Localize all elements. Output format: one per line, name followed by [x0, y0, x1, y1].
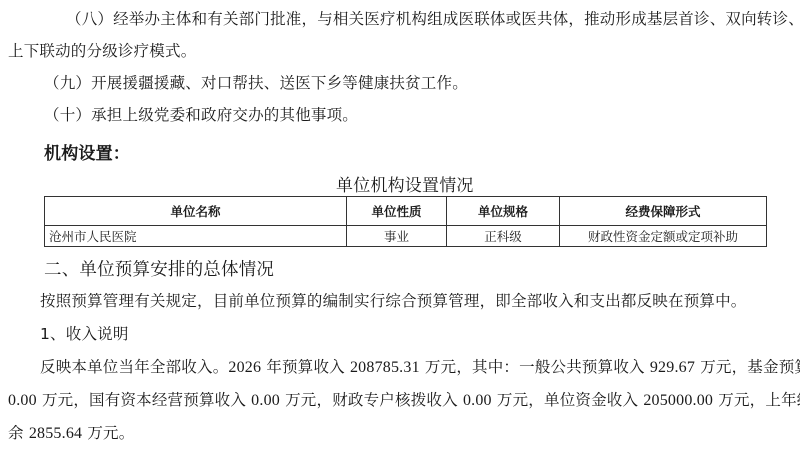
income-text: 万元，其中：一般公共预算收入: [420, 358, 650, 376]
table-row: 沧州市人民医院 事业 正科级 财政性资金定额或定项补助: [45, 226, 767, 247]
paragraph-item-8-line-1: （八）经举办主体和有关部门批准，与相关医疗机构组成医联体或医共体，推动形成基层首…: [66, 7, 800, 29]
income-text: 年预算收入: [261, 358, 350, 376]
budget-section-heading: 二、单位预算安排的总体情况: [44, 256, 274, 281]
org-section-heading: 机构设置：: [44, 139, 130, 164]
income-text: 万元。: [82, 424, 134, 442]
carryover-value: 2855.64: [29, 425, 82, 442]
org-table-header-row: 单位名称 单位性质 单位规格 经费保障形式: [45, 197, 767, 226]
general-public-income-value: 929.67: [650, 359, 695, 376]
cell-unit-name: 沧州市人民医院: [45, 226, 347, 247]
fund-income-value: 0.00: [8, 392, 37, 409]
column-header-unit-name: 单位名称: [45, 197, 347, 226]
cell-funding-form: 财政性资金定额或定项补助: [560, 226, 767, 247]
income-text: 万元，国有资本经营预算收入: [37, 391, 251, 409]
income-text: 万元，财政专户核拨收入: [280, 391, 463, 409]
income-text: 反映本单位当年全部收入。: [40, 358, 228, 376]
income-text: 余: [8, 424, 29, 442]
income-subheading: 1、收入说明: [40, 322, 129, 344]
column-header-unit-nature: 单位性质: [347, 197, 447, 226]
cell-unit-level: 正科级: [447, 226, 560, 247]
state-capital-income-value: 0.00: [251, 392, 280, 409]
income-text: 万元，基金预算收入: [695, 358, 800, 376]
column-header-funding-form: 经费保障形式: [560, 197, 767, 226]
income-paragraph-line-2: 0.00 万元，国有资本经营预算收入 0.00 万元，财政专户核拨收入 0.00…: [8, 388, 800, 410]
total-income-value: 208785.31: [350, 359, 420, 376]
income-text: 万元，单位资金收入: [492, 391, 644, 409]
unit-funds-income-value: 205000.00: [643, 392, 713, 409]
budget-intro-paragraph: 按照预算管理有关规定，目前单位预算的编制实行综合预算管理，即全部收入和支出都反映…: [40, 289, 747, 311]
cell-unit-nature: 事业: [347, 226, 447, 247]
income-text: 万元，上年结转结: [713, 391, 800, 409]
org-table: 单位名称 单位性质 单位规格 经费保障形式 沧州市人民医院 事业 正科级 财政性…: [44, 196, 767, 247]
paragraph-item-9: （九）开展援疆援藏、对口帮扶、送医下乡等健康扶贫工作。: [44, 71, 468, 93]
paragraph-item-10: （十）承担上级党委和政府交办的其他事项。: [44, 103, 358, 125]
income-paragraph-line-3: 余 2855.64 万元。: [8, 421, 134, 443]
budget-year: 2026: [228, 359, 261, 376]
paragraph-item-8-line-2: 上下联动的分级诊疗模式。: [8, 39, 196, 61]
income-paragraph-line-1: 反映本单位当年全部收入。2026 年预算收入 208785.31 万元，其中：一…: [40, 355, 800, 377]
column-header-unit-level: 单位规格: [447, 197, 560, 226]
special-account-income-value: 0.00: [463, 392, 492, 409]
org-table-caption: 单位机构设置情况: [336, 171, 474, 196]
